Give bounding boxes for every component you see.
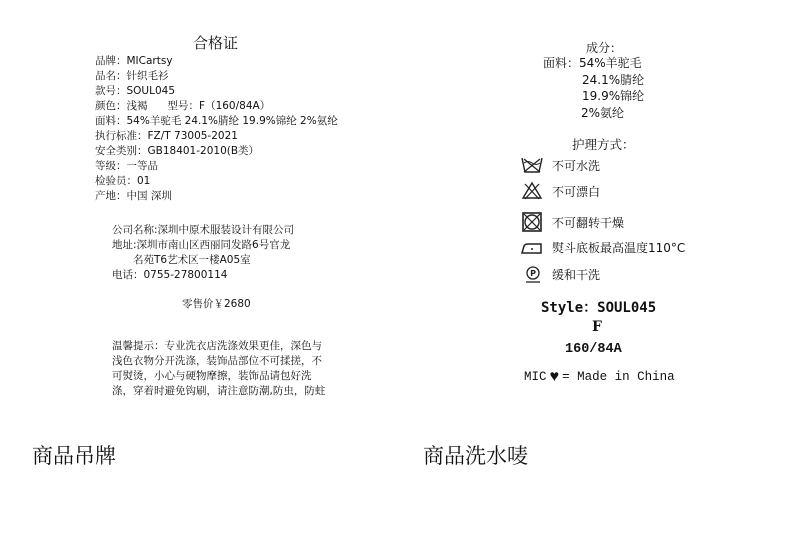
- dry-clean-p-icon: P: [520, 264, 544, 284]
- company-info: 公司名称:深圳中原术服装设计有限公司 地址:深圳市南山区西丽同发路6号官龙 名苑…: [112, 223, 294, 283]
- company-address-2: 名苑T6艺术区一楼A05室: [112, 253, 294, 268]
- field-style-no: 款号：SOUL045: [95, 84, 338, 99]
- care-item-dry-clean: P 缓和干洗: [520, 264, 600, 284]
- care-item-no-bleach: 不可漂白: [520, 181, 600, 201]
- care-item-no-tumble-dry: 不可翻转干燥: [520, 212, 624, 232]
- composition-line: 面料：54%羊驼毛: [543, 55, 644, 72]
- field-standard: 执行标准：FZ/T 73005-2021: [95, 129, 338, 144]
- care-item-iron: 熨斗底板最高温度110°C: [520, 237, 685, 257]
- notice-line: 温馨提示：专业洗衣店洗涤效果更佳，深色与: [112, 339, 325, 354]
- field-fabric: 面料：54%羊驼毛 24.1%腈纶 19.9%锦纶 2%氨纶: [95, 114, 338, 129]
- field-grade: 等级：一等品: [95, 159, 338, 174]
- care-item-no-wash: 不可水洗: [520, 155, 600, 175]
- care-text: 熨斗底板最高温度110°C: [552, 239, 685, 256]
- made-in-text: = Made in China: [562, 370, 675, 384]
- company-phone: 电话：0755-27800114: [112, 268, 294, 283]
- field-brand: 品牌：MICartsy: [95, 54, 338, 69]
- heart-icon: ♥: [550, 370, 560, 384]
- field-product-name: 品名：针织毛衫: [95, 69, 338, 84]
- notice-line: 浅色衣物分开洗涤，装饰品部位不可揉搓，不: [112, 354, 325, 369]
- care-notice: 温馨提示：专业洗衣店洗涤效果更佳，深色与 浅色衣物分开洗涤，装饰品部位不可揉搓，…: [112, 339, 325, 399]
- field-color-size: 颜色：浅褐 型号：F（160/84A）: [95, 99, 338, 114]
- notice-line: 可熨烫，小心与硬物摩擦，装饰品请包好洗: [112, 369, 325, 384]
- svg-text:P: P: [530, 269, 536, 278]
- care-text: 不可翻转干燥: [552, 214, 624, 231]
- caption-wash-label: 商品洗水唛: [423, 440, 528, 470]
- composition-list: 面料：54%羊驼毛 24.1%腈纶 19.9%锦纶 2%氨纶: [543, 55, 644, 121]
- size-letter: F: [592, 319, 602, 335]
- field-safety: 安全类别：GB18401-2010(B类）: [95, 144, 338, 159]
- retail-price: 零售价￥2680: [182, 296, 251, 311]
- composition-line: 19.9%锦纶: [543, 88, 644, 105]
- composition-line: 2%氨纶: [543, 105, 644, 122]
- composition-line: 24.1%腈纶: [543, 72, 644, 89]
- hang-tag-title: 合格证: [193, 32, 238, 53]
- field-inspector: 检验员：01: [95, 174, 338, 189]
- mic-label: MIC: [524, 370, 547, 384]
- care-text: 缓和干洗: [552, 266, 600, 283]
- notice-line: 涤，穿着时避免钩刷，请注意防潮,防虫，防蛀: [112, 384, 325, 399]
- iron-low-heat-icon: [520, 237, 544, 257]
- company-address-1: 地址:深圳市南山区西丽同发路6号官龙: [112, 238, 294, 253]
- no-bleach-icon: [520, 181, 544, 201]
- care-title: 护理方式：: [572, 135, 635, 153]
- field-origin: 产地：中国 深圳: [95, 189, 338, 204]
- caption-hang-tag: 商品吊牌: [32, 440, 116, 470]
- size-value: 160/84A: [565, 342, 622, 357]
- no-wash-icon: [520, 155, 544, 175]
- no-tumble-dry-icon: [520, 212, 544, 232]
- made-in-china-line: MIC ♥ = Made in China: [524, 370, 675, 384]
- company-name: 公司名称:深圳中原术服装设计有限公司: [112, 223, 294, 238]
- composition-title: 成分：: [586, 39, 622, 56]
- care-text: 不可漂白: [552, 183, 600, 200]
- care-text: 不可水洗: [552, 157, 600, 174]
- hang-tag-fields: 品牌：MICartsy 品名：针织毛衫 款号：SOUL045 颜色：浅褐 型号：…: [95, 54, 338, 204]
- style-number: Style：SOUL045: [541, 297, 656, 317]
